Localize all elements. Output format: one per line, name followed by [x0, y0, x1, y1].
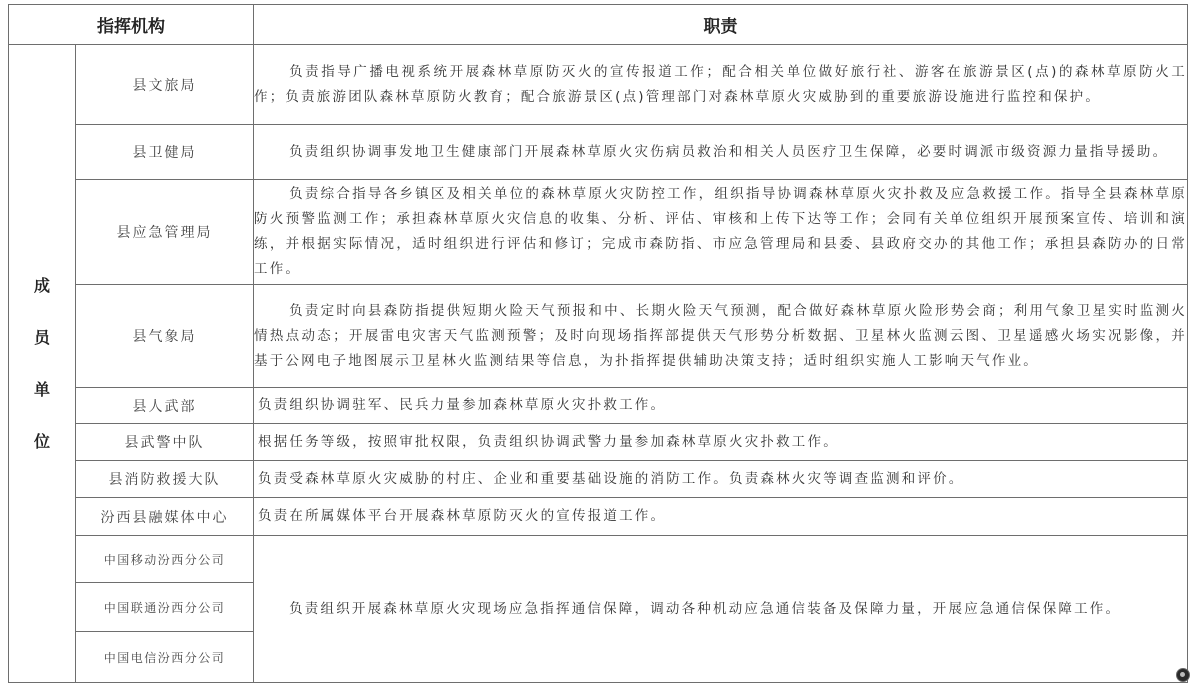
unit-name: 中国电信汾西分公司 — [76, 632, 254, 683]
table-row: 县应急管理局 负责综合指导各乡镇区及相关单位的森林草原火灾防控工作，组织指导协调… — [9, 180, 1188, 285]
header-row: 指挥机构 职责 — [9, 5, 1188, 45]
table-row: 成 员 单 位 县文旅局 负责指导广播电视系统开展森林草原防灭火的宣传报道工作；… — [9, 45, 1188, 125]
responsibility-table: 指挥机构 职责 成 员 单 位 县文旅局 负责指导广播电视系统开展森林草原防灭火… — [8, 4, 1188, 683]
table-row: 汾西县融媒体中心 负责在所属媒体平台开展森林草原防灭火的宣传报道工作。 — [9, 498, 1188, 536]
unit-name: 县武警中队 — [76, 424, 254, 461]
unit-duty: 负责在所属媒体平台开展森林草原防灭火的宣传报道工作。 — [254, 498, 1188, 536]
unit-name: 中国移动汾西分公司 — [76, 536, 254, 583]
header-duty: 职责 — [254, 5, 1188, 45]
table-row: 县人武部 负责组织协调驻军、民兵力量参加森林草原火灾扑救工作。 — [9, 388, 1188, 424]
unit-name: 县文旅局 — [76, 45, 254, 125]
unit-duty: 根据任务等级，按照审批权限，负责组织协调武警力量参加森林草原火灾扑救工作。 — [254, 424, 1188, 461]
table-row: 县消防救援大队 负责受森林草原火灾威胁的村庄、企业和重要基础设施的消防工作。负责… — [9, 461, 1188, 498]
unit-duty: 负责受森林草原火灾威胁的村庄、企业和重要基础设施的消防工作。负责森林火灾等调查监… — [254, 461, 1188, 498]
unit-name: 县人武部 — [76, 388, 254, 424]
assistant-bubble-icon[interactable] — [1176, 668, 1190, 682]
unit-name: 县消防救援大队 — [76, 461, 254, 498]
table-row: 县武警中队 根据任务等级，按照审批权限，负责组织协调武警力量参加森林草原火灾扑救… — [9, 424, 1188, 461]
unit-name: 县卫健局 — [76, 125, 254, 180]
unit-duty: 负责综合指导各乡镇区及相关单位的森林草原火灾防控工作，组织指导协调森林草原火灾扑… — [254, 180, 1188, 285]
group-char: 单 — [9, 364, 75, 416]
unit-duty: 负责组织协调事发地卫生健康部门开展森林草原火灾伤病员救治和相关人员医疗卫生保障，… — [254, 125, 1188, 180]
unit-name: 中国联通汾西分公司 — [76, 583, 254, 632]
group-char: 员 — [9, 312, 75, 364]
header-org: 指挥机构 — [9, 5, 254, 45]
unit-name: 汾西县融媒体中心 — [76, 498, 254, 536]
unit-duty: 负责组织协调驻军、民兵力量参加森林草原火灾扑救工作。 — [254, 388, 1188, 424]
unit-name: 县气象局 — [76, 285, 254, 388]
unit-name: 县应急管理局 — [76, 180, 254, 285]
group-char: 位 — [9, 416, 75, 468]
member-units-group-label: 成 员 单 位 — [9, 45, 76, 683]
table-row: 县卫健局 负责组织协调事发地卫生健康部门开展森林草原火灾伤病员救治和相关人员医疗… — [9, 125, 1188, 180]
table-row: 县气象局 负责定时向县森防指提供短期火险天气预报和中、长期火险天气预测，配合做好… — [9, 285, 1188, 388]
unit-duty: 负责指导广播电视系统开展森林草原防灭火的宣传报道工作；配合相关单位做好旅行社、游… — [254, 45, 1188, 125]
table-row: 中国移动汾西分公司 负责组织开展森林草原火灾现场应急指挥通信保障，调动各种机动应… — [9, 536, 1188, 583]
group-char: 成 — [9, 260, 75, 312]
telecom-duty: 负责组织开展森林草原火灾现场应急指挥通信保障，调动各种机动应急通信装备及保障力量… — [254, 536, 1188, 683]
unit-duty: 负责定时向县森防指提供短期火险天气预报和中、长期火险天气预测，配合做好森林草原火… — [254, 285, 1188, 388]
